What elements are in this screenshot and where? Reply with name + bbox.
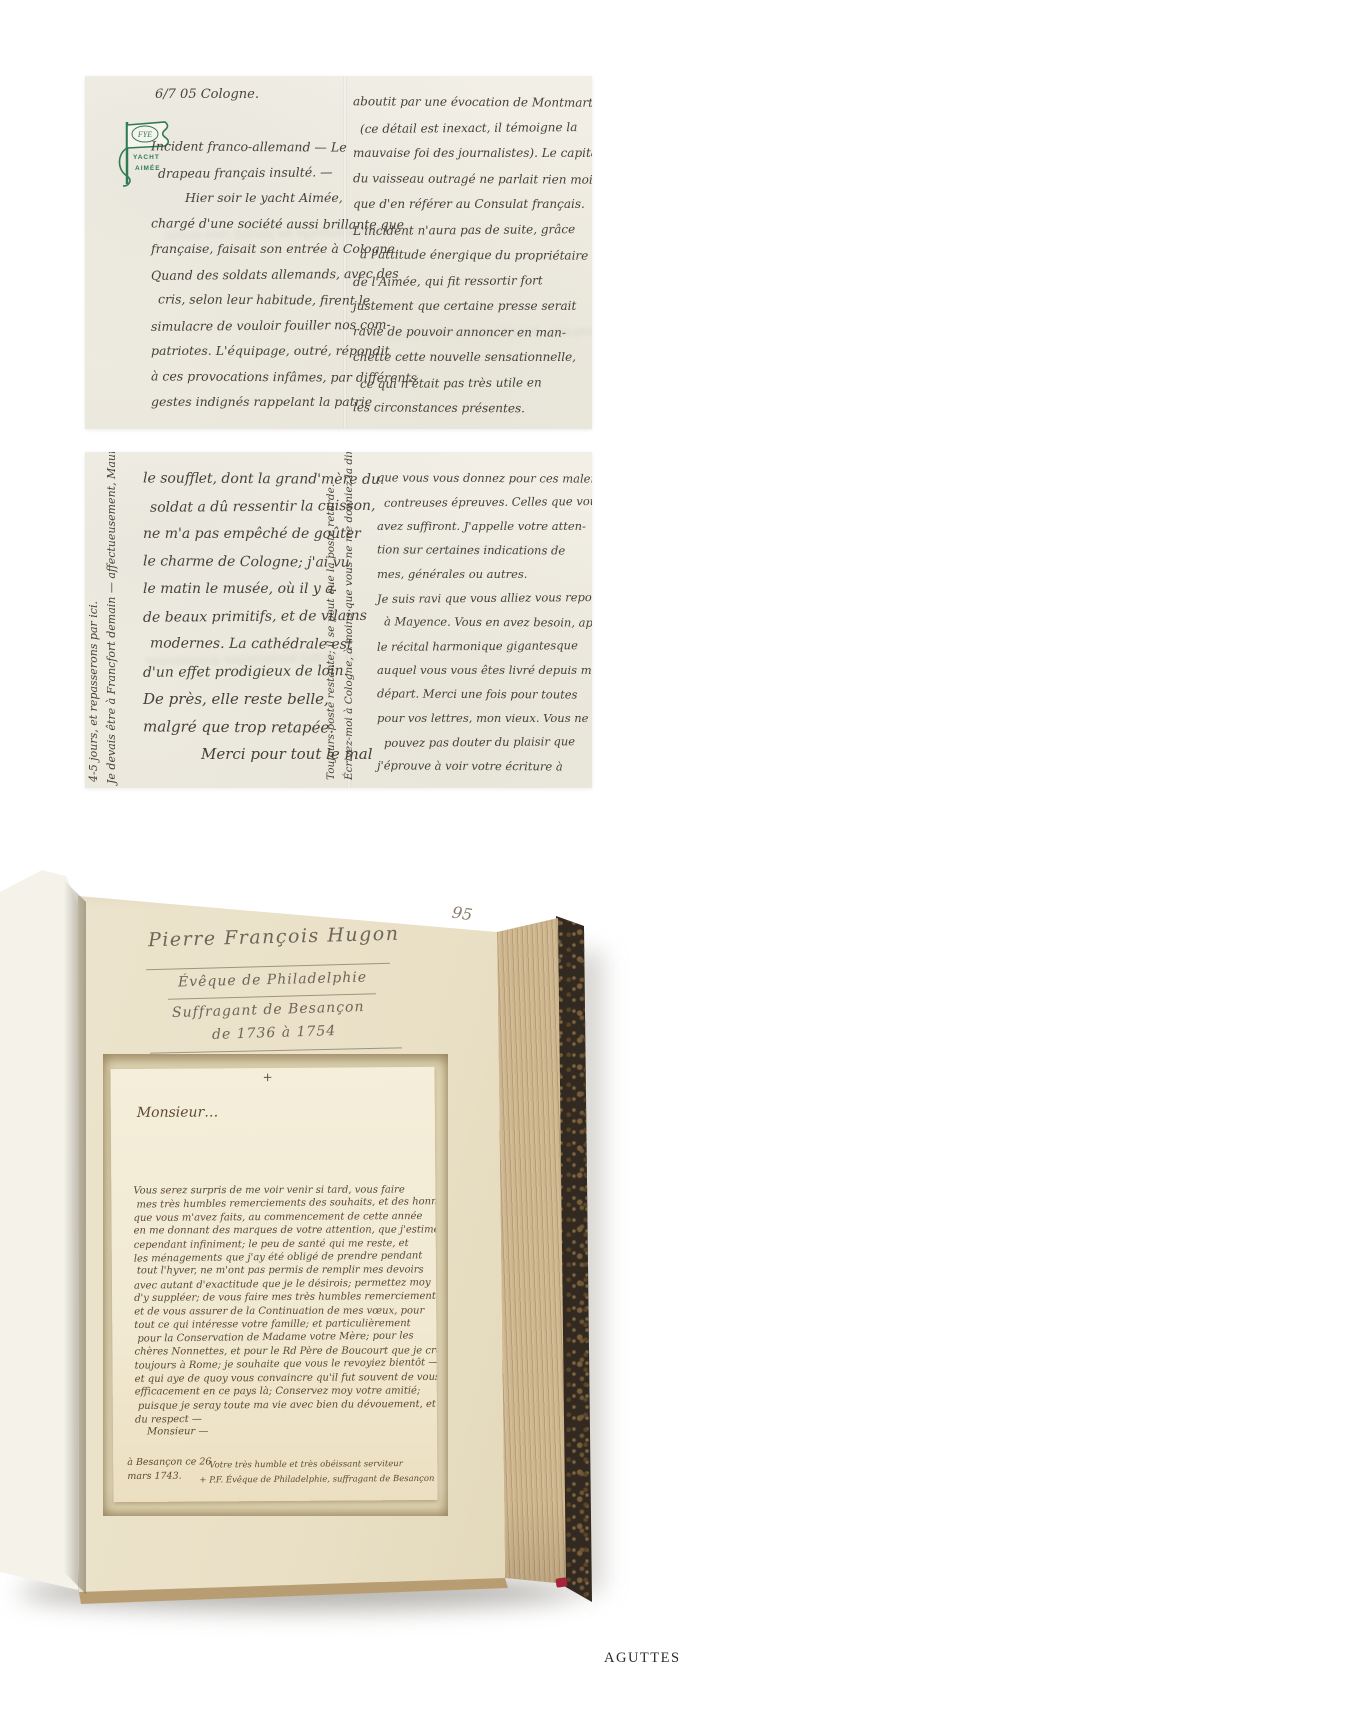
- handwriting-column-left: Incident franco-allemand — Ledrapeau fra…: [151, 134, 347, 415]
- handwritten-line: contreuses épreuves. Celles que vous: [384, 489, 590, 515]
- letter-body: Vous serez surpris de me voir venir si t…: [133, 1183, 431, 1440]
- dateline: 6/7 05 Cologne.: [155, 87, 259, 102]
- handwritten-line: ce qui n'était pas très utile en: [360, 370, 589, 397]
- letter-salutation: Monsieur…: [137, 1104, 219, 1121]
- handwritten-line: les circonstances présentes.: [353, 395, 589, 422]
- letter-place-date-line1: à Besançon ce 26: [127, 1456, 211, 1468]
- handwritten-line: le matin le musée, où il y a: [143, 576, 333, 604]
- handwritten-line: simulacre de vouloir fouiller nos com-: [151, 312, 347, 339]
- brand-footer: AGUTTES: [604, 1650, 681, 1667]
- letter-signature-line1: Votre très humble et très obéissant serv…: [209, 1459, 403, 1470]
- handwritten-line: de l'Aimée, qui fit ressortir fort: [353, 267, 589, 295]
- handwritten-line: chargé d'une société aussi brillante que: [151, 210, 347, 237]
- handwritten-line: Merci pour tout le mal: [201, 741, 333, 769]
- handwritten-line: Hier soir le yacht Aimée,: [185, 185, 347, 211]
- handwritten-line: française, faisait son entrée à Cologne.: [151, 236, 347, 262]
- margin-note-outer: 4-5 jours, et repasserons par ici.: [87, 464, 100, 782]
- figure-letter-spread-1: du vaisseau outragé ne parlait rien moin…: [85, 76, 592, 429]
- handwritten-line: ravie de pouvoir annoncer en man-: [353, 319, 589, 346]
- figure-album-photo: 95 Pierre François Hugon Évêque de Phila…: [0, 862, 640, 1662]
- catalog-page: du vaisseau outragé ne parlait rien moin…: [0, 0, 1362, 1733]
- handwritten-line: Incident franco-allemand — Le: [151, 133, 347, 160]
- handwritten-line: Monsieur —: [147, 1425, 431, 1439]
- handwritten-line: L'incident n'aura pas de suite, grâce: [353, 216, 589, 244]
- handwritten-line: du vaisseau outragé ne parlait rien moin…: [353, 166, 589, 193]
- svg-text:FYE: FYE: [137, 130, 152, 139]
- album-tailband: [555, 1577, 567, 1587]
- handwritten-line: modernes. La cathédrale est: [150, 630, 333, 659]
- handwriting-column-left: le soufflet, dont la grand'mère dusoldat…: [143, 466, 333, 769]
- handwritten-line: à ces provocations infâmes, par différen…: [151, 363, 347, 390]
- album-gutter: [64, 872, 86, 1594]
- handwritten-line: à l'attitude énergique du propriétaire: [360, 242, 589, 269]
- handwritten-line: avez suffiront. J'appelle votre atten-: [377, 514, 590, 538]
- handwritten-line: et de vous assurer de la Continuation de…: [134, 1304, 430, 1318]
- handwritten-line: justement que certaine presse serait: [353, 294, 589, 320]
- handwritten-line: en me donnant des marques de votre atten…: [134, 1224, 430, 1238]
- margin-note-inner: Je devais être à Francfort demain — affe…: [105, 458, 118, 784]
- handwritten-line: chette cette nouvelle sensationnelle,: [353, 345, 589, 371]
- registration-mark: +: [263, 1070, 273, 1084]
- handwritten-line: cris, selon leur habitude, firent le: [158, 286, 347, 313]
- handwritten-line: le soufflet, dont la grand'mère du: [143, 465, 333, 494]
- album-page-number: 95: [451, 903, 474, 925]
- figure-letter-spread-2: le récital harmonique gigantesque le cha…: [85, 452, 592, 788]
- handwritten-line: mes, générales ou autres.: [377, 562, 590, 586]
- handwritten-line: de beaux primitifs, et de vilains: [143, 603, 333, 632]
- handwritten-line: Quand des soldats allemands, avec des: [151, 261, 347, 288]
- handwritten-line: le charme de Cologne; j'ai vu: [143, 548, 333, 577]
- handwritten-line: ne m'a pas empêché de goûter: [143, 521, 333, 549]
- handwritten-line: (ce détail est inexact, il témoigne la: [360, 115, 589, 142]
- handwritten-line: patriotes. L'équipage, outré, répondit: [151, 338, 347, 364]
- handwritten-line: tion sur certaines indications de: [377, 537, 590, 562]
- handwritten-line: auquel vous vous êtes livré depuis mon: [377, 658, 590, 682]
- handwritten-line: pour vos lettres, mon vieux. Vous ne: [377, 706, 590, 730]
- handwritten-line: départ. Merci une fois pour toutes: [377, 681, 590, 706]
- handwritten-line: efficacement en ce pays là; Conservez mo…: [135, 1385, 431, 1399]
- handwritten-line: pouvez pas douter du plaisir que: [384, 729, 590, 755]
- handwritten-line: que vous vous donnez pour ces malen-: [377, 465, 590, 490]
- handwritten-line: que d'en référer au Consulat français.: [353, 192, 589, 218]
- handwritten-line: aboutit par une évocation de Montmartre: [353, 89, 589, 116]
- handwritten-line: j'éprouve à voir votre écriture à: [377, 753, 590, 778]
- handwriting-column-right: que vous vous donnez pour ces malen-cont…: [377, 466, 590, 778]
- handwritten-line: d'un effet prodigieux de loin.: [143, 658, 333, 687]
- handwritten-line: Je suis ravi que vous alliez vous repose…: [377, 585, 590, 611]
- letter-place-date-line2: mars 1743.: [127, 1471, 181, 1482]
- handwritten-line: à Mayence. Vous en avez besoin, après: [384, 609, 590, 634]
- handwritten-line: drapeau français insulté. —: [158, 159, 347, 186]
- handwritten-line: gestes indignés rappelant la patrie: [151, 389, 347, 415]
- handwritten-line: mauvaise foi des journalistes). Le capit…: [353, 141, 589, 167]
- handwritten-line: De près, elle reste belle,: [143, 686, 333, 714]
- mounted-letter: + Monsieur… Vous serez surpris de me voi…: [110, 1067, 437, 1502]
- handwritten-line: malgré que trop retapée.: [143, 713, 333, 742]
- handwritten-line: soldat a dû ressentir la cuisson,: [150, 493, 333, 522]
- handwritten-line: le récital harmonique gigantesque: [377, 633, 590, 659]
- handwriting-column-right: aboutit par une évocation de Montmartre(…: [353, 90, 589, 422]
- letter-signature-line2: + P.F. Évêque de Philadelphie, suffragan…: [199, 1474, 434, 1486]
